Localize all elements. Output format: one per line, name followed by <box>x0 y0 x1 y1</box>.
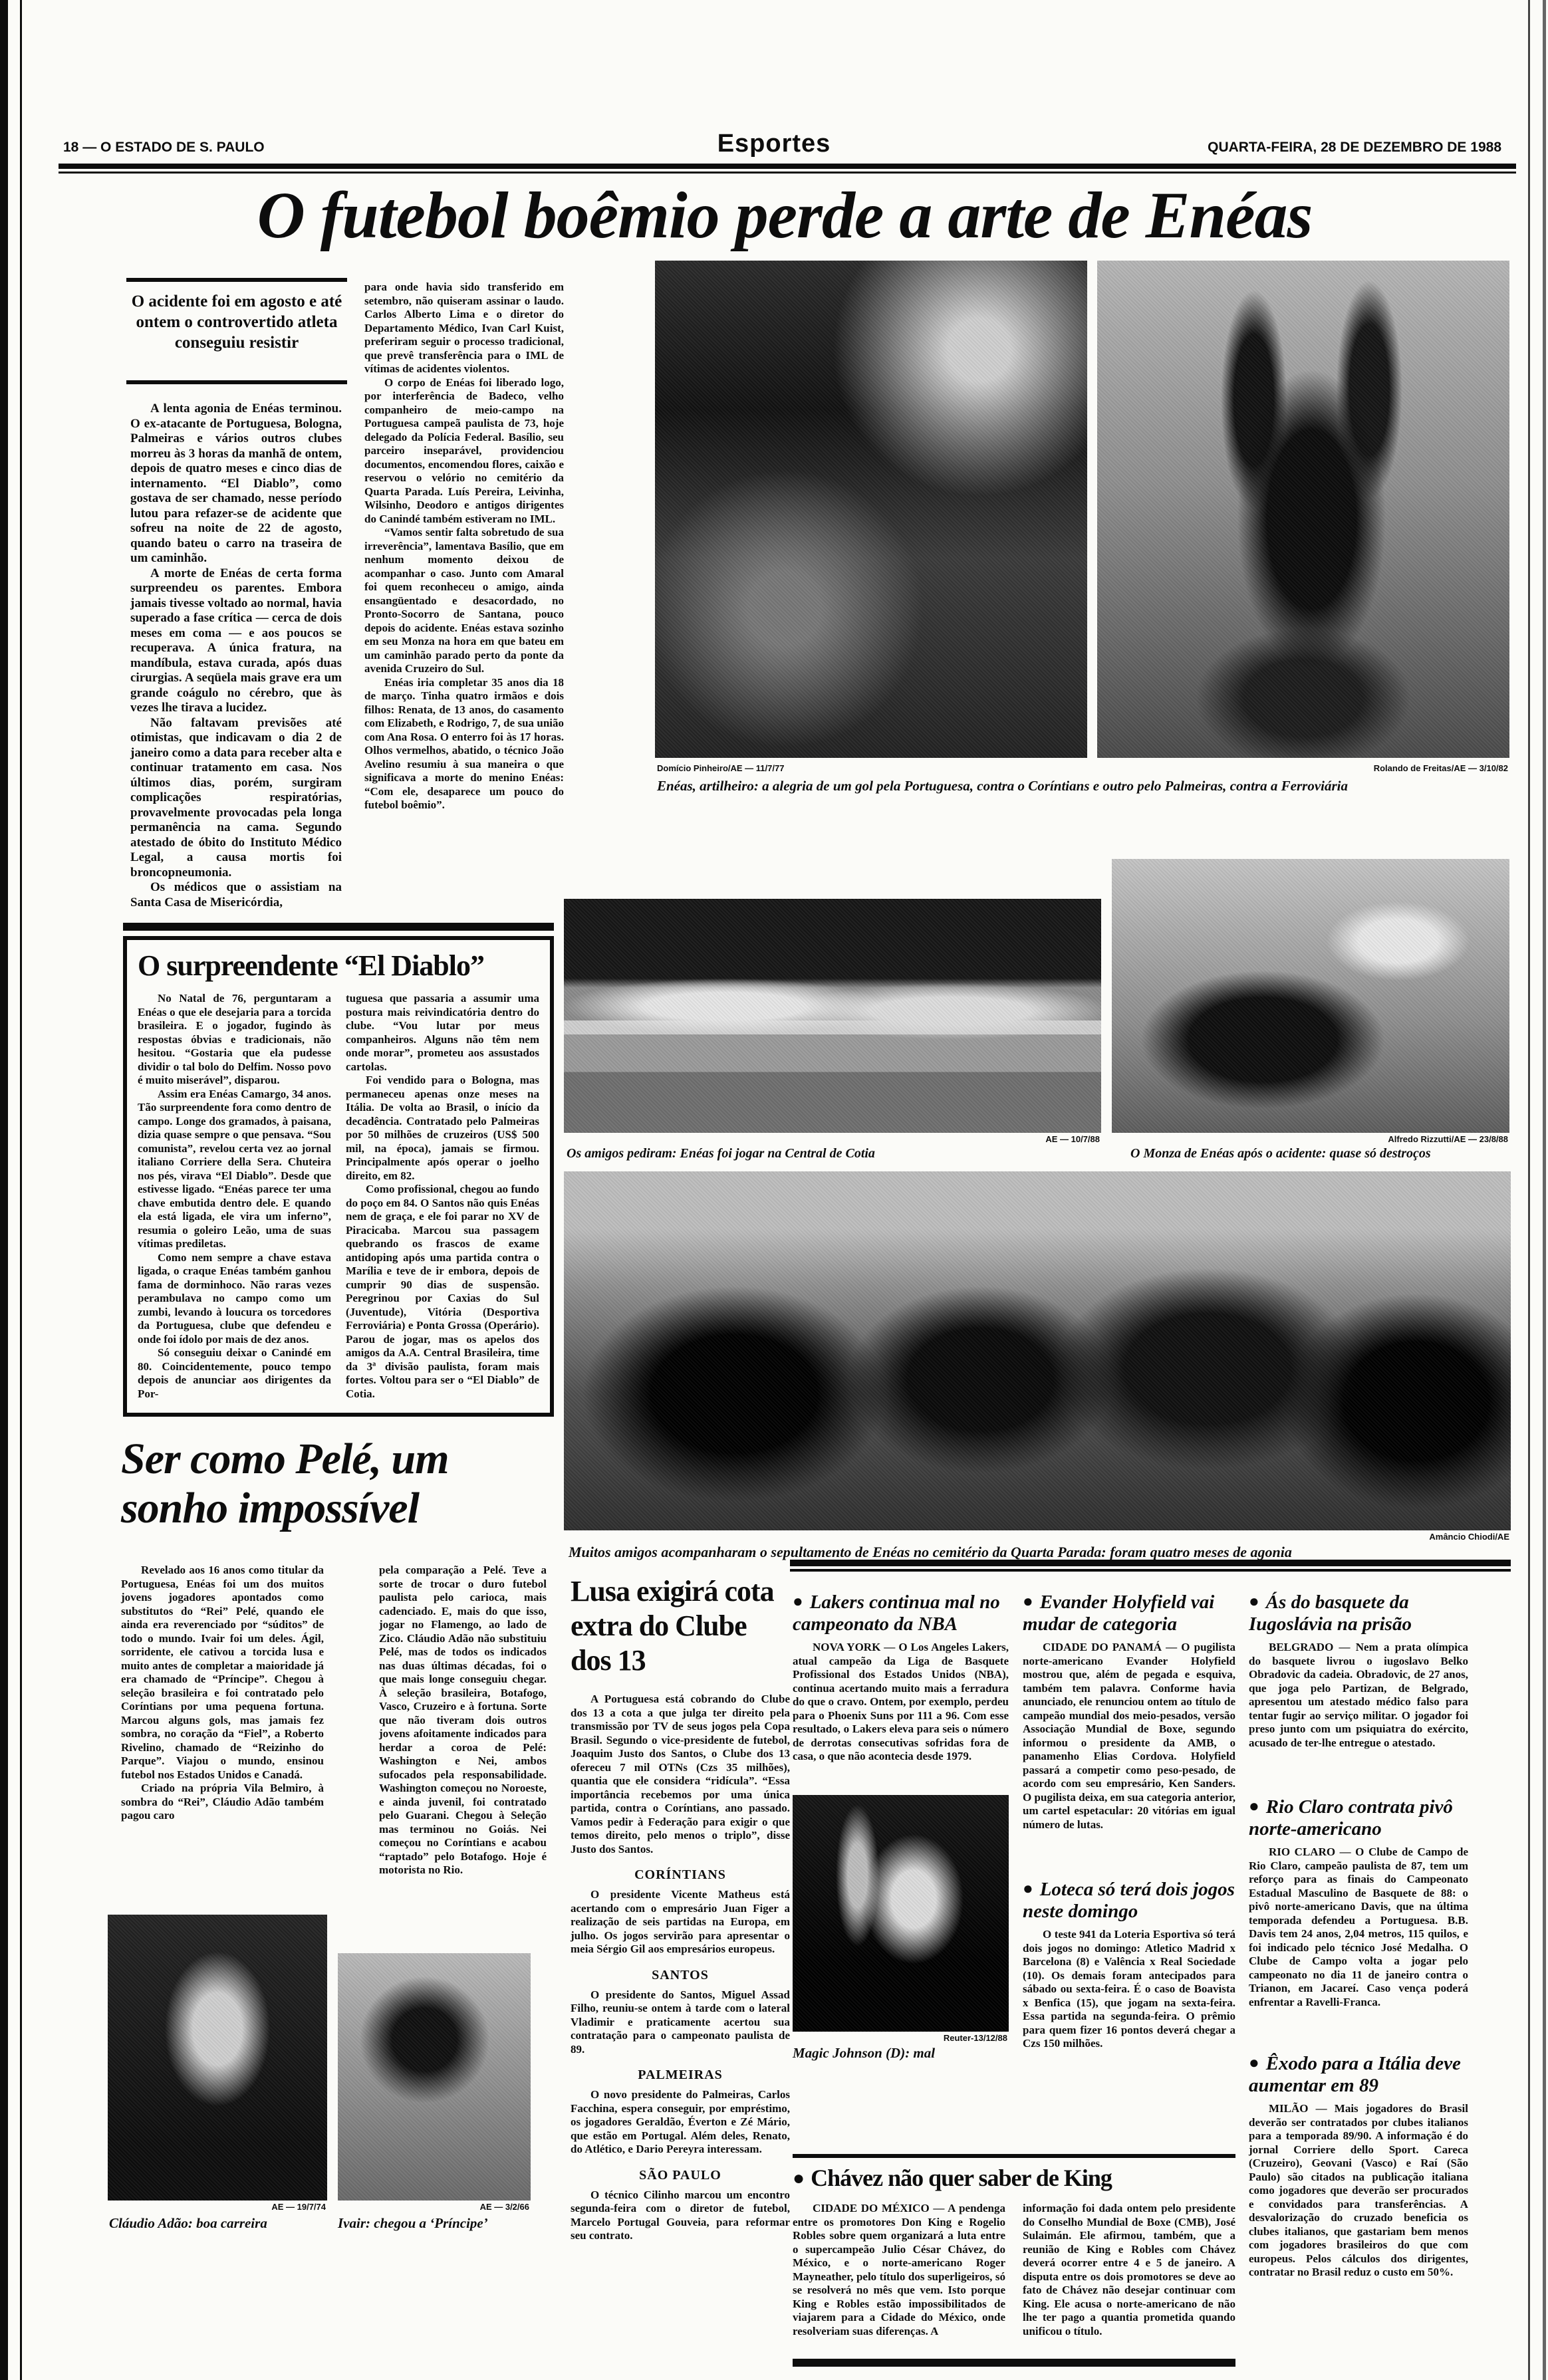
brief-text-holyfield: CIDADE DO PANAMÁ — O pugilista norte-ame… <box>1023 1641 1235 1832</box>
lead-headline: O futebol boêmio perde a arte de Enéas <box>60 181 1509 250</box>
bullet-icon: ● <box>1249 2052 1259 2074</box>
paragraph: Foi vendido para o Bologna, mas permanec… <box>346 1074 539 1183</box>
paragraph: A morte de Enéas de certa forma surpreen… <box>130 566 342 716</box>
paragraph: Enéas iria completar 35 anos dia 18 de m… <box>364 676 564 812</box>
brief-headline-holyfield: ●Evander Holyfield vai mudar de categori… <box>1023 1590 1235 1635</box>
paragraph: Revelado aos 16 anos como titular da Por… <box>121 1564 324 1782</box>
section-text-palmeiras: O novo presidente do Palmeiras, Carlos F… <box>571 2088 790 2157</box>
photo-caption-ivair: Ivair: chegou a ‘Príncipe’ <box>338 2215 537 2232</box>
paragraph: Como profissional, chegou ao fundo do po… <box>346 1183 539 1401</box>
paragraph: Os médicos que o assistiam na Santa Casa… <box>130 880 342 910</box>
bullet-icon: ● <box>793 2165 804 2192</box>
scan-edge-line-left <box>20 0 22 2380</box>
lead-column-2: para onde havia sido transferido em sete… <box>364 281 564 812</box>
paragraph: BELGRADO — Nem a prata olímpica do basqu… <box>1249 1641 1468 1750</box>
brief-headline-text: Loteca só terá dois jogos neste domingo <box>1023 1879 1235 1922</box>
brief-text-exodo: MILÃO — Mais jogadores do Brasil deverão… <box>1249 2102 1468 2280</box>
header-rule-thin <box>59 172 1516 174</box>
brief-headline-lakers: ●Lakers continua mal no campeonato da NB… <box>793 1590 1009 1635</box>
briefs-rule-thick <box>790 1560 1511 1566</box>
paragraph: Só conseguiu deixar o Canindé em 80. Coi… <box>138 1346 331 1401</box>
section-text-corintians: O presidente Vicente Matheus está acerta… <box>571 1888 790 1957</box>
paragraph: Criado na própria Vila Belmiro, à sombra… <box>121 1782 324 1823</box>
chavez-rule-bottom <box>793 2359 1235 2367</box>
scan-edge-bar-left <box>0 0 8 2380</box>
photo-ivair <box>338 1953 531 2201</box>
photo-monza-wreck <box>1112 859 1509 1133</box>
newspaper-page: 18 — O ESTADO DE S. PAULO Esportes QUART… <box>0 0 1548 2380</box>
chavez-headline: ●Chávez não quer saber de King <box>793 2165 1235 2192</box>
bullet-icon: ● <box>1249 1590 1259 1612</box>
photo-credit: AE — 10/7/88 <box>564 1134 1100 1144</box>
deck-rule-bottom <box>126 380 347 384</box>
paragraph: MILÃO — Mais jogadores do Brasil deverão… <box>1249 2102 1468 2280</box>
brief-headline-text: Êxodo para a Itália deve aumentar em 89 <box>1249 2053 1461 2096</box>
page-date: QUARTA-FEIRA, 28 DE DEZEMBRO DE 1988 <box>1208 140 1501 156</box>
brief-headline-text: Ás do basquete da Iugoslávia na prisão <box>1249 1592 1412 1635</box>
paragraph: O corpo de Enéas foi liberado logo, por … <box>364 376 564 527</box>
brief-headline-rio-claro: ●Rio Claro contrata pivô norte-americano <box>1249 1795 1468 1840</box>
brief-headline-text: Lakers continua mal no campeonato da NBA <box>793 1592 1000 1635</box>
lead-column-1: A lenta agonia de Enéas terminou. O ex-a… <box>130 402 342 910</box>
paragraph: Assim era Enéas Camargo, 34 anos. Tão su… <box>138 1088 331 1251</box>
diablo-box: O surpreendente “El Diablo” No Natal de … <box>123 936 554 1417</box>
chavez-headline-text: Chávez não quer saber de King <box>811 2165 1112 2191</box>
box-top-bar <box>123 923 554 931</box>
bullet-icon: ● <box>793 1590 803 1612</box>
pele-column-2: pela comparação a Pelé. Teve a sorte de … <box>379 1564 547 1877</box>
chavez-column-2: informação foi dada ontem pelo president… <box>1023 2202 1235 2338</box>
paragraph: pela comparação a Pelé. Teve a sorte de … <box>379 1564 547 1877</box>
paragraph: No Natal de 76, perguntaram a Enéas o qu… <box>138 992 331 1088</box>
photo-caption-top: Enéas, artilheiro: a alegria de um gol p… <box>657 778 1511 794</box>
lusa-intro: A Portuguesa está cobrando do Clube dos … <box>571 1693 790 1856</box>
deck-rule-top <box>126 278 347 282</box>
photo-credit: Domício Pinheiro/AE — 11/7/77 <box>657 763 784 773</box>
photo-magic-johnson <box>793 1795 1009 2032</box>
photo-credit: Alfredo Rizzutti/AE — 23/8/88 <box>1112 1134 1508 1144</box>
bullet-icon: ● <box>1249 1795 1259 1817</box>
brief-text-loteca: O teste 941 da Loteria Esportiva só terá… <box>1023 1928 1235 2051</box>
diablo-column-2: tuguesa que passaria a assumir uma postu… <box>346 992 539 1401</box>
section-heading-palmeiras: PALMEIRAS <box>571 2067 790 2083</box>
paragraph: Como nem sempre a chave estava ligada, o… <box>138 1251 331 1347</box>
brief-text-iugoslavia: BELGRADO — Nem a prata olímpica do basqu… <box>1249 1641 1468 1750</box>
brief-text-lakers: NOVA YORK — O Los Angeles Lakers, atual … <box>793 1641 1009 1764</box>
photo-credit: Reuter-13/12/88 <box>793 2033 1007 2043</box>
bullet-icon: ● <box>1023 1877 1033 1899</box>
chavez-column-1: CIDADE DO MÉXICO — A pendenga entre os p… <box>793 2202 1005 2338</box>
diablo-column-1: No Natal de 76, perguntaram a Enéas o qu… <box>138 992 331 1401</box>
lusa-article: A Portuguesa está cobrando do Clube dos … <box>571 1693 790 2243</box>
paragraph: CIDADE DO MÉXICO — A pendenga entre os p… <box>793 2202 1005 2338</box>
photo-credit: AE — 3/2/66 <box>338 2202 529 2212</box>
diablo-title: O surpreendente “El Diablo” <box>138 949 539 983</box>
photo-credit: Amâncio Chiodi/AE <box>564 1532 1509 1542</box>
brief-headline-iugoslavia: ●Ás do basquete da Iugoslávia na prisão <box>1249 1590 1468 1635</box>
pele-headline: Ser como Pelé, um sonho impossível <box>121 1435 573 1533</box>
section-heading-sao-paulo: SÃO PAULO <box>571 2167 790 2183</box>
scan-edge-bar-right <box>1543 0 1546 2380</box>
pele-column-1: Revelado aos 16 anos como titular da Por… <box>121 1564 324 1823</box>
paragraph: Não faltavam previsões até otimistas, qu… <box>130 716 342 881</box>
bullet-icon: ● <box>1023 1590 1033 1612</box>
lusa-headline: Lusa exigirá cota extra do Clube dos 13 <box>571 1574 790 1678</box>
photo-eneas-celebration-palmeiras <box>1097 261 1509 758</box>
paragraph: A Portuguesa está cobrando do Clube dos … <box>571 1693 790 1856</box>
brief-text-rio-claro: RIO CLARO — O Clube de Campo de Rio Clar… <box>1249 1845 1468 2009</box>
paragraph: “Vamos sentir falta sobretudo de sua irr… <box>364 526 564 676</box>
paragraph: tuguesa que passaria a assumir uma postu… <box>346 992 539 1074</box>
scan-edge-line-right <box>1528 0 1530 2380</box>
pele-headline-line1: Ser como Pelé, um <box>121 1435 449 1483</box>
paragraph: informação foi dada ontem pelo president… <box>1023 2202 1235 2338</box>
photo-credit: AE — 19/7/74 <box>108 2202 326 2212</box>
paragraph: NOVA YORK — O Los Angeles Lakers, atual … <box>793 1641 1009 1764</box>
paragraph: O teste 941 da Loteria Esportiva só terá… <box>1023 1928 1235 2051</box>
paragraph: CIDADE DO PANAMÁ — O pugilista norte-ame… <box>1023 1641 1235 1832</box>
chavez-rule-top <box>793 2154 1235 2158</box>
brief-headline-loteca: ●Loteca só terá dois jogos neste domingo <box>1023 1877 1235 1923</box>
photo-caption-magic: Magic Johnson (D): mal <box>793 2045 1009 2062</box>
paragraph: para onde havia sido transferido em sete… <box>364 281 564 376</box>
photo-friends-team-cotia <box>564 899 1101 1133</box>
paragraph: A lenta agonia de Enéas terminou. O ex-a… <box>130 402 342 566</box>
lead-deck: O acidente foi em agosto e até ontem o c… <box>126 291 347 353</box>
photo-claudio-adao <box>108 1915 327 2201</box>
photo-caption-team: Os amigos pediram: Enéas foi jogar na Ce… <box>567 1146 1032 1161</box>
section-text-santos: O presidente do Santos, Miguel Assad Fil… <box>571 1988 790 2057</box>
brief-headline-text: Rio Claro contrata pivô norte-americano <box>1249 1796 1453 1840</box>
briefs-rule-thin <box>790 1569 1511 1572</box>
photo-credit: Rolando de Freitas/AE — 3/10/82 <box>1097 763 1508 773</box>
section-heading-corintians: CORÍNTIANS <box>571 1867 790 1883</box>
photo-caption-claudio: Cláudio Adão: boa carreira <box>109 2215 328 2232</box>
photo-caption-car: O Monza de Enéas após o acidente: quase … <box>1130 1146 1513 1161</box>
section-heading-santos: SANTOS <box>571 1967 790 1983</box>
header-rule-thick <box>59 164 1516 169</box>
paragraph: RIO CLARO — O Clube de Campo de Rio Clar… <box>1249 1845 1468 2009</box>
photo-funeral-crowd <box>564 1171 1511 1530</box>
pele-headline-line2: sonho impossível <box>121 1484 419 1532</box>
photo-eneas-goal-portuguesa <box>655 261 1087 758</box>
photo-caption-funeral: Muitos amigos acompanharam o sepultament… <box>569 1544 1511 1561</box>
brief-headline-text: Evander Holyfield vai mudar de categoria <box>1023 1592 1214 1635</box>
section-text-sao-paulo: O técnico Cilinho marcou um encontro seg… <box>571 2189 790 2243</box>
brief-headline-exodo: ●Êxodo para a Itália deve aumentar em 89 <box>1249 2052 1468 2097</box>
